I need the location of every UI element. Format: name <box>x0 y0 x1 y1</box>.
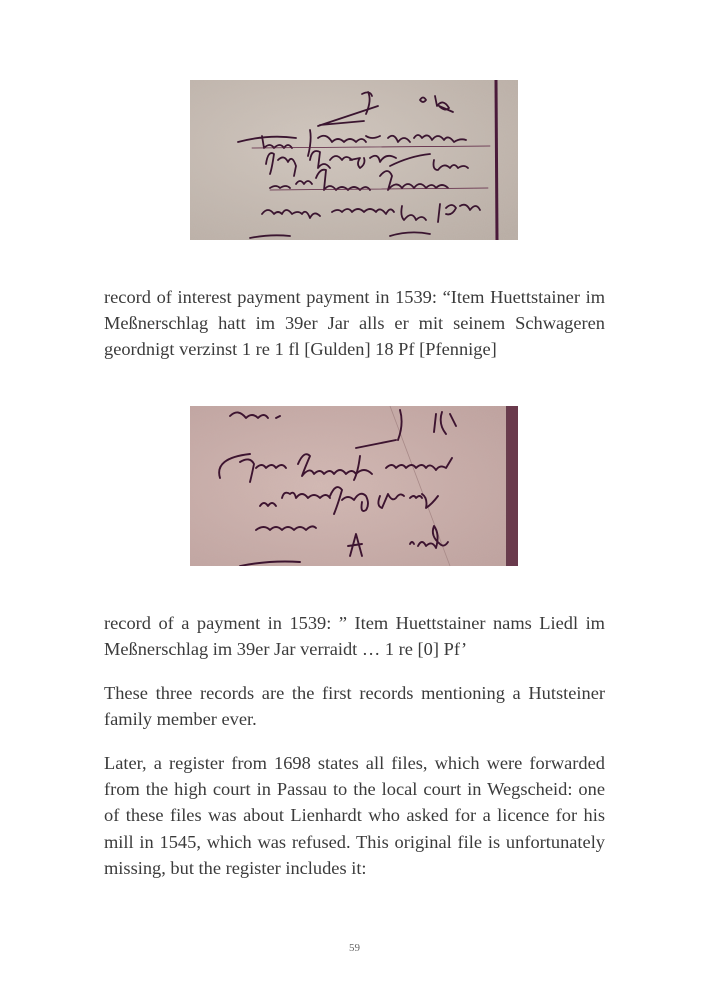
manuscript-image-payment <box>190 406 518 566</box>
manuscript-image-interest-payment <box>190 80 518 240</box>
caption-payment: record of a payment in 1539: ” Item Huet… <box>104 610 605 662</box>
document-page: record of interest payment payment in 15… <box>0 0 709 992</box>
page-number: 59 <box>0 942 709 954</box>
handwriting-scan-icon <box>190 80 518 240</box>
paragraph-register-1698: Later, a register from 1698 states all f… <box>104 750 605 881</box>
caption-interest-payment: record of interest payment payment in 15… <box>104 284 605 363</box>
paragraph-first-records: These three records are the first record… <box>104 680 605 732</box>
handwriting-scan-icon <box>190 406 518 566</box>
